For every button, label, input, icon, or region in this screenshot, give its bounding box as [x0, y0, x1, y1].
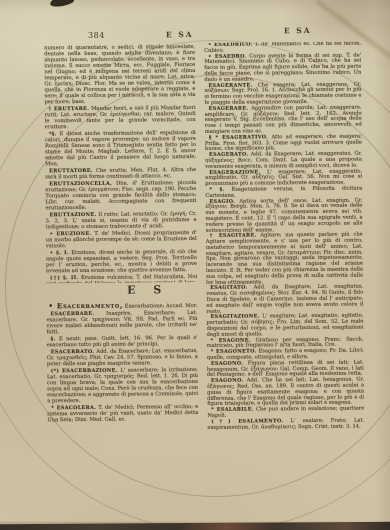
running-head-right: E SA — [284, 26, 312, 35]
dictionary-entry: * ESACOLERA. T. de' Medici; Permesso all… — [47, 404, 198, 423]
entry-body: Eruzione, dicesi anche in generale, di c… — [46, 249, 197, 274]
dictionary-entry: ERUTTATORE. Che erutta; Men. Flut. 4. Al… — [45, 167, 196, 180]
page-number: 384 — [88, 31, 105, 40]
entry-body: numero di quarantatré, o sedici, di stip… — [44, 44, 195, 105]
dictionary-entry: (†) §. II. Eruzione vulcanica; T. del Na… — [46, 274, 197, 283]
dictionary-entry: • §. I. Eruzione, dicesi anche in genera… — [46, 249, 197, 274]
dictionary-entry: numero di quarantatré, o sedici, di stip… — [44, 44, 196, 105]
dictionary-entry: (*) ESACERBAZIONE. L' esacerbare; la irr… — [47, 367, 198, 404]
dictionary-entry: • ESAEDRO. Corpo avente la forma di sei … — [204, 53, 361, 83]
dictionary-entry: ESAGERANTE. Che esagera; Lat. exaggerans… — [204, 82, 361, 107]
dictionary-entry: *§. E dicesi anche trasformazione dell' … — [45, 130, 196, 167]
scan-background-strip — [0, 522, 390, 530]
section-heading: E S — [72, 283, 223, 297]
dictionary-entry: ESAGITAZIONE. L' esagitare; Lat. exagita… — [206, 314, 363, 339]
dictionary-entry: ESAGITATO. Add. da Esagitare; Lat. exagi… — [206, 285, 363, 315]
left-column-upper: numero di quarantatré, o sedici, di stip… — [44, 44, 197, 283]
dictionary-entry: ESAGONO. Add. Che ha sei lati; Lat. hexa… — [207, 378, 364, 408]
dictionary-entry: † ERUTTARE. Mandar fuori, e usò il più M… — [45, 105, 196, 130]
right-column: • ESAEDRICO. T. de' Matematici ec. Che h… — [204, 42, 364, 432]
dictionary-entry: §. E neutr. pass. Guitt. lett. 16. 96. P… — [47, 335, 198, 348]
dictionary-entry: ESAGIO. Antica sorta dell' once; Lat. ex… — [205, 198, 362, 234]
dictionary-entry: (†) ESALAMENTO. L' esalare; Frate; Lat. … — [207, 418, 364, 431]
dictionary-entry: ESAGERARE. Aggrandire con parole; Lat. e… — [205, 105, 362, 135]
left-column-lower: • Esacerbamento, Exacerbatione; Accad. M… — [46, 302, 198, 431]
scanned-page: 384 E SA E SA numero di quarantatré, o s… — [0, 0, 390, 530]
entry-body: E dicesi anche trasformazione dell' espu… — [45, 130, 196, 167]
entry-headword: • Esacerbamento, — [48, 302, 123, 310]
entry-body: E neutr. pass. Guitt. lett. 16. 96. Per … — [47, 335, 198, 348]
dictionary-entry: ERUTTAZIONCELLA, Dim. d' Eruttazione; pi… — [45, 180, 196, 211]
dictionary-entry: ESACERBARE. Inasprire, Esacerbare; Lat. … — [46, 310, 197, 335]
dictionary-entry: ESACERBATO. Add. da Esacerbare; Lat. exa… — [47, 348, 198, 367]
page-content: 384 E SA E SA numero di quarantatré, o s… — [0, 0, 390, 530]
dictionary-entry: • Esacerbamento, Exacerbatione; Accad. M… — [46, 302, 197, 310]
dictionary-entry: † ESAGITARE. Agitare; ma questo parlare … — [206, 233, 363, 287]
entry-body: Agitare; ma questo parlare più che Agita… — [206, 232, 363, 286]
dictionary-entry: • ERUZIONE. T. de' Medici. Dicesi propri… — [46, 230, 197, 249]
entry-body: Exacerbatione; Accad. Mor. — [123, 303, 197, 310]
dictionary-entry: ERUTTAZIONE. Il rutto; Lat. eructatio; G… — [46, 211, 197, 230]
running-head-left: E SA — [166, 30, 194, 39]
